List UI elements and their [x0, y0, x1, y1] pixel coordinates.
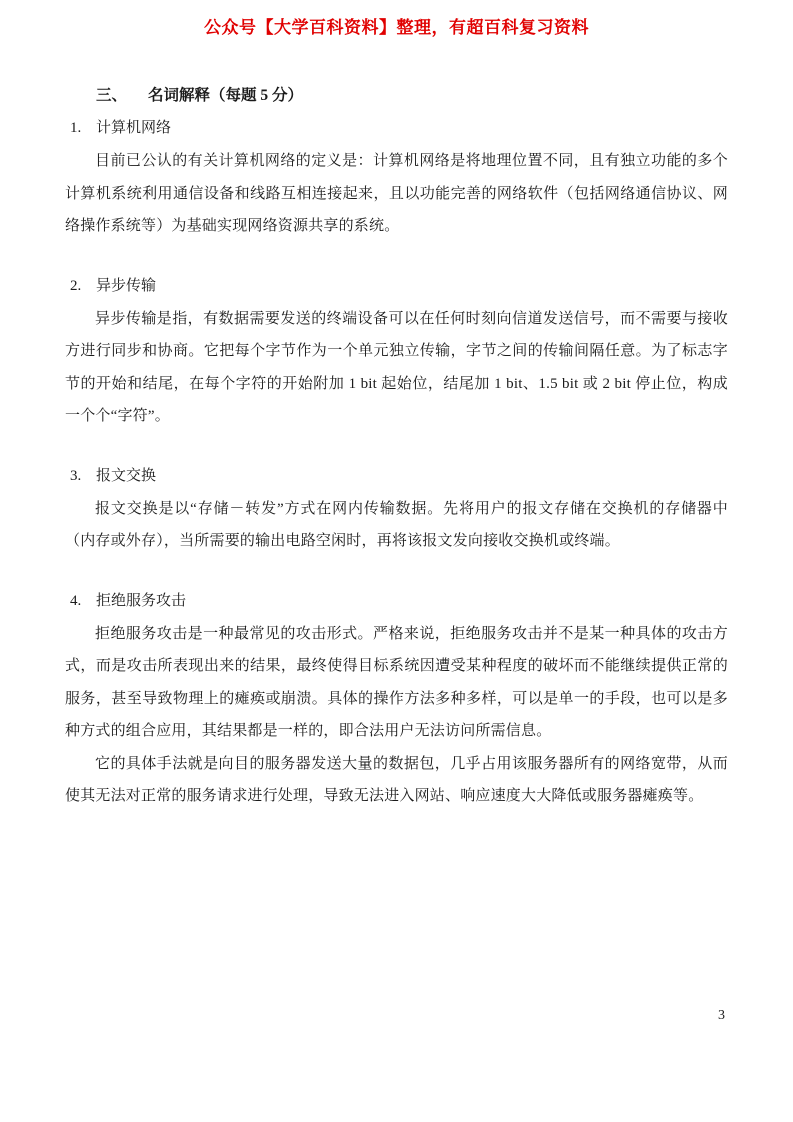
- item-title: 拒绝服务攻击: [96, 593, 186, 609]
- item-paragraph: 报文交换是以“存储－转发”方式在网内传输数据。先将用户的报文存储在交换机的存储器…: [65, 493, 728, 558]
- item-title: 计算机网络: [96, 120, 171, 136]
- header-watermark: 公众号【大学百科资料】整理，有超百科复习资料: [0, 14, 793, 42]
- item-title: 异步传输: [96, 278, 156, 294]
- item-number: 4.: [70, 585, 96, 618]
- item-number: 1.: [70, 112, 96, 145]
- item-title-line: 1.计算机网络: [65, 112, 728, 145]
- item-title-line: 2.异步传输: [65, 270, 728, 303]
- item-title-line: 4.拒绝服务攻击: [65, 585, 728, 618]
- item-number: 2.: [70, 270, 96, 303]
- section-number: 三、: [96, 80, 148, 112]
- item-title: 报文交换: [96, 468, 156, 484]
- term-item-4: 4.拒绝服务攻击 拒绝服务攻击是一种最常见的攻击形式。严格来说，拒绝服务攻击并不…: [65, 585, 728, 813]
- document-content: 三、名词解释（每题 5 分） 1.计算机网络 目前已公认的有关计算机网络的定义是…: [65, 80, 728, 813]
- item-number: 3.: [70, 460, 96, 493]
- item-paragraph: 目前已公认的有关计算机网络的定义是：计算机网络是将地理位置不同，且有独立功能的多…: [65, 145, 728, 243]
- page-number: 3: [718, 1006, 725, 1026]
- item-paragraph: 拒绝服务攻击是一种最常见的攻击形式。严格来说，拒绝服务攻击并不是某一种具体的攻击…: [65, 618, 728, 748]
- item-title-line: 3.报文交换: [65, 460, 728, 493]
- section-heading: 三、名词解释（每题 5 分）: [65, 80, 728, 112]
- item-paragraph: 异步传输是指，有数据需要发送的终端设备可以在任何时刻向信道发送信号，而不需要与接…: [65, 303, 728, 433]
- document-page: 公众号【大学百科资料】整理，有超百科复习资料 三、名词解释（每题 5 分） 1.…: [0, 0, 793, 1122]
- item-paragraph: 它的具体手法就是向目的服务器发送大量的数据包，几乎占用该服务器所有的网络宽带，从…: [65, 748, 728, 813]
- section-title: 名词解释（每题 5 分）: [148, 87, 303, 104]
- term-item-2: 2.异步传输 异步传输是指，有数据需要发送的终端设备可以在任何时刻向信道发送信号…: [65, 270, 728, 433]
- term-item-1: 1.计算机网络 目前已公认的有关计算机网络的定义是：计算机网络是将地理位置不同，…: [65, 112, 728, 243]
- term-item-3: 3.报文交换 报文交换是以“存储－转发”方式在网内传输数据。先将用户的报文存储在…: [65, 460, 728, 558]
